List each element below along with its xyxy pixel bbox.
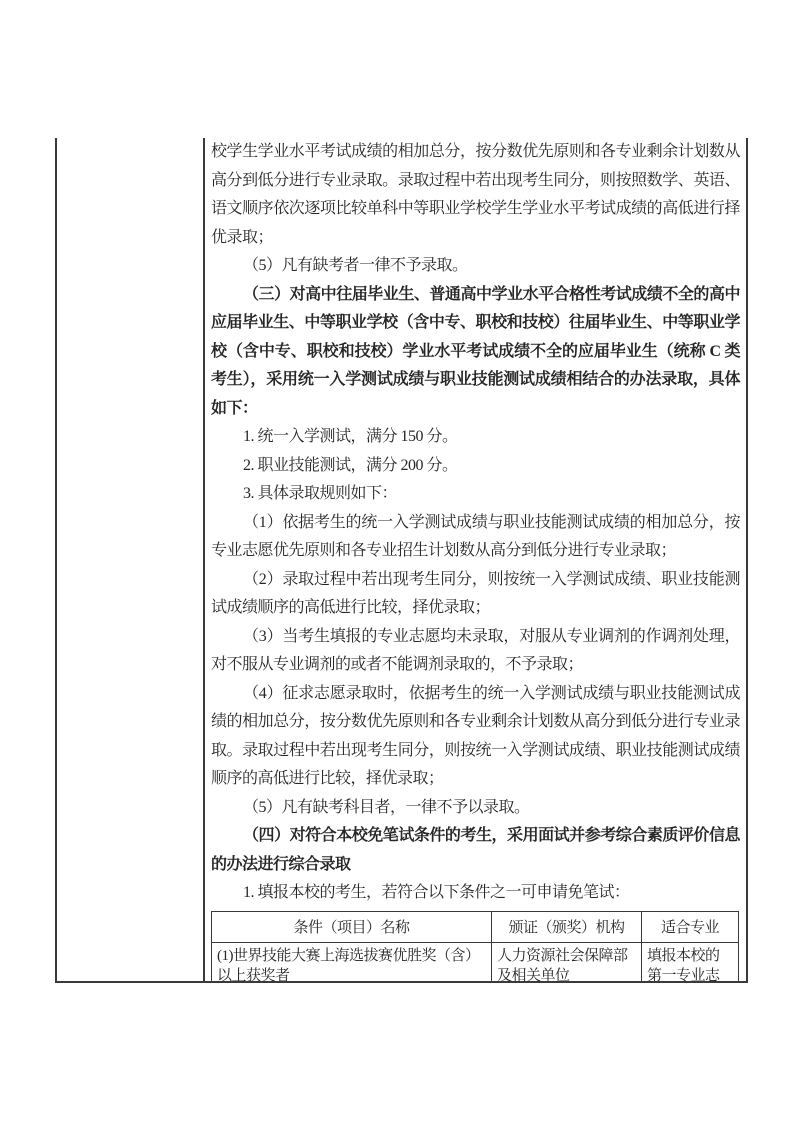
policy-text-cell: 校学生学业水平考试成绩的相加总分，按分数优先原则和各专业剩余计划数从高分到低分进… — [205, 138, 748, 981]
exemption-row-1: (1)世界技能大赛上海选拔赛优胜奖（含）以上获奖者 人力资源社会保障部及相关单位… — [212, 942, 739, 981]
paragraph-rule-4: （4）征求志愿录取时，依据考生的统一入学测试成绩与职业技能测试成绩的相加总分，按… — [211, 680, 740, 794]
cell-condition-1: (1)世界技能大赛上海选拔赛优胜奖（含）以上获奖者 — [212, 942, 492, 981]
exemption-header-row: 条件（项目）名称 颁证（颁奖）机构 适合专业 — [212, 911, 739, 942]
document-page: 校学生学业水平考试成绩的相加总分，按分数优先原则和各专业剩余计划数从高分到低分进… — [0, 0, 800, 1132]
header-condition-name: 条件（项目）名称 — [212, 911, 492, 942]
paragraph-rule-3: （3）当考生填报的专业志愿均未录取，对服从专业调剂的作调剂处理，对不服从专业调剂… — [211, 623, 740, 680]
row-label-cell-empty — [55, 138, 205, 981]
header-issuing-agency: 颁证（颁奖）机构 — [492, 911, 642, 942]
header-suitable-major: 适合专业 — [642, 911, 739, 942]
policy-table: 校学生学业水平考试成绩的相加总分，按分数优先原则和各专业剩余计划数从高分到低分进… — [55, 138, 748, 983]
paragraph-section-3: （三）对高中往届毕业生、普通高中学业水平合格性考试成绩不全的高中应届毕业生、中等… — [211, 281, 740, 424]
paragraph-rule-1: （1）依据考生的统一入学测试成绩与职业技能测试成绩的相加总分，按专业志愿优先原则… — [211, 509, 740, 566]
paragraph-continuation: 校学生学业水平考试成绩的相加总分，按分数优先原则和各专业剩余计划数从高分到低分进… — [211, 138, 740, 252]
cell-major-1: 填报本校的第一专业志 — [642, 942, 739, 981]
paragraph-test-skill: 2. 职业技能测试，满分 200 分。 — [211, 452, 740, 481]
paragraph-exemption-intro: 1. 填报本校的考生，若符合以下条件之一可申请免笔试： — [211, 879, 740, 908]
paragraph-rule-5: （5）凡有缺考科目者，一律不予以录取。 — [211, 794, 740, 823]
exemption-table: 条件（项目）名称 颁证（颁奖）机构 适合专业 (1)世界技能大赛上海选拔赛优胜奖… — [211, 911, 739, 982]
paragraph-item5-a: （5）凡有缺考者一律不予录取。 — [211, 252, 740, 281]
cell-agency-1: 人力资源社会保障部及相关单位 — [492, 942, 642, 981]
paragraph-rules-intro: 3. 具体录取规则如下： — [211, 480, 740, 509]
paragraph-rule-2: （2）录取过程中若出现考生同分，则按统一入学测试成绩、职业技能测试成绩顺序的高低… — [211, 566, 740, 623]
paragraph-section-4: （四）对符合本校免笔试条件的考生，采用面试并参考综合素质评价信息的办法进行综合录… — [211, 822, 740, 879]
paragraph-test-entry: 1. 统一入学测试，满分 150 分。 — [211, 423, 740, 452]
